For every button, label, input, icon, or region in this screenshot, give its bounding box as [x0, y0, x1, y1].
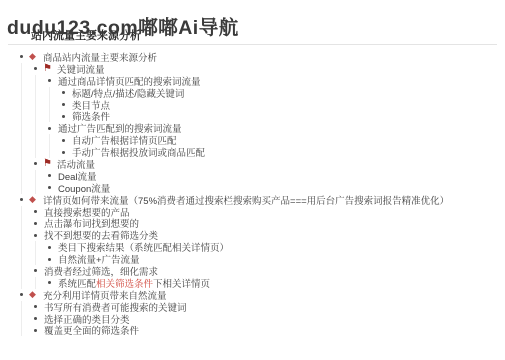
bullet-dot[interactable] [32, 158, 43, 170]
bullet-dot-shape [48, 281, 51, 284]
outline-children-group: 直接搜索想要的产品点击瀑布词找到想要的找不到想要的去看筛选分类类目下搜索结果（系… [21, 206, 505, 289]
bullet-dot[interactable] [32, 229, 43, 241]
bullet-dot-shape [62, 151, 65, 154]
bullet-dot-shape [34, 234, 37, 237]
outline-node: 消费者经过筛选，细化需求系统匹配相关筛选条件下相关详情页 [32, 265, 505, 289]
bullet-dot[interactable] [60, 134, 71, 146]
bullet-dot[interactable] [46, 122, 57, 134]
outline-children-group: 类目下搜索结果（系统匹配相关详情页）自然流量+广告流量 [35, 241, 505, 265]
bullet-dot[interactable] [18, 51, 29, 63]
outline-children-group: Deal流量Coupon流量 [35, 170, 505, 194]
bullet-dot-shape [34, 329, 37, 332]
outline-list: ◆商品站内流量主要来源分析⚑关键词流量通过商品详情页匹配的搜索词流量标题/特点/… [10, 51, 505, 336]
outline-children-group: ⚑关键词流量通过商品详情页匹配的搜索词流量标题/特点/描述/隐藏关键词类目节点筛… [21, 63, 505, 194]
bullet-dot-shape [34, 162, 37, 165]
bullet-dot[interactable] [32, 206, 43, 218]
outline-node: ◆充分利用详情页带来自然流量书写所有消费者可能搜索的关键词选择正确的类目分类覆盖… [18, 289, 505, 337]
outline-node: 标题/特点/描述/隐藏关键词 [60, 87, 505, 99]
bullet-dot-shape [48, 186, 51, 189]
outline-node: Deal流量 [46, 170, 505, 182]
bullet-dot-shape [34, 67, 37, 70]
outline-item-text: 覆盖更全面的筛选条件 [44, 323, 139, 337]
bullet-dot[interactable] [18, 289, 29, 301]
bullet-dot-shape [34, 269, 37, 272]
bullet-dot-shape [34, 210, 37, 213]
bullet-dot-shape [62, 103, 65, 106]
bullet-dot-shape [34, 305, 37, 308]
outline-children-group: 标题/特点/描述/隐藏关键词类目节点筛选条件 [49, 87, 505, 123]
flag-icon: ⚑ [43, 64, 56, 74]
title-divider [8, 44, 497, 45]
bullet-dot-shape [48, 246, 51, 249]
bullet-dot[interactable] [32, 301, 43, 313]
outline-item[interactable]: 标题/特点/描述/隐藏关键词 [60, 87, 505, 99]
outline-node: ⚑关键词流量通过商品详情页匹配的搜索词流量标题/特点/描述/隐藏关键词类目节点筛… [32, 63, 505, 158]
flag-icon: ⚑ [43, 159, 56, 169]
bullet-dot[interactable] [60, 99, 71, 111]
outline-node: 类目节点 [60, 99, 505, 111]
bullet-dot-shape [20, 55, 23, 58]
bullet-dot-shape [20, 293, 23, 296]
bullet-dot[interactable] [18, 194, 29, 206]
outline-children-group: 自动广告根据详情页匹配手动广告根据投放词或商品匹配 [49, 134, 505, 158]
outline-item[interactable]: 覆盖更全面的筛选条件 [32, 324, 505, 336]
outline-node: 手动广告根据投放词或商品匹配 [60, 146, 505, 158]
outline-item[interactable]: 类目节点 [60, 99, 505, 111]
outline-node: ◆详情页如何带来流量（75%消费者通过搜索栏搜索购买产品===用后台广告搜索词报… [18, 194, 505, 289]
bullet-dot-shape [48, 79, 51, 82]
outline-node: 通过商品详情页匹配的搜索词流量标题/特点/描述/隐藏关键词类目节点筛选条件 [46, 75, 505, 123]
outline-node: ⚑活动流量Deal流量Coupon流量 [32, 158, 505, 194]
diamond-icon: ◆ [29, 52, 42, 61]
bullet-dot[interactable] [46, 75, 57, 87]
outline-item[interactable]: ⚑活动流量 [32, 158, 505, 170]
bullet-dot-shape [48, 258, 51, 261]
bullet-dot-shape [34, 317, 37, 320]
bullet-dot-shape [62, 139, 65, 142]
bullet-dot-shape [48, 174, 51, 177]
bullet-dot[interactable] [32, 63, 43, 75]
diamond-icon: ◆ [29, 290, 42, 299]
outline-node: 通过广告匹配到的搜索词流量自动广告根据详情页匹配手动广告根据投放词或商品匹配 [46, 122, 505, 158]
outline-children-group: 书写所有消费者可能搜索的关键词选择正确的类目分类覆盖更全面的筛选条件 [21, 301, 505, 337]
outline-item[interactable]: Deal流量 [46, 170, 505, 182]
outline-node: 覆盖更全面的筛选条件 [32, 324, 505, 336]
bullet-dot[interactable] [32, 324, 43, 336]
document-page: 站内流量主要来源分析 dudu123.com嘟嘟Ai导航 ◆商品站内流量主要来源… [0, 0, 505, 360]
bullet-dot-shape [34, 222, 37, 225]
outline-node: 找不到想要的去看筛选分类类目下搜索结果（系统匹配相关详情页）自然流量+广告流量 [32, 229, 505, 265]
bullet-dot[interactable] [32, 313, 43, 325]
bullet-dot[interactable] [46, 241, 57, 253]
bullet-dot-shape [62, 91, 65, 94]
bullet-dot-shape [48, 127, 51, 130]
text-segment: 覆盖更全面的筛选条件 [44, 326, 139, 337]
watermark-text: dudu123.com嘟嘟Ai导航 [7, 12, 239, 40]
bullet-dot[interactable] [32, 265, 43, 277]
diamond-icon: ◆ [29, 195, 42, 204]
outline-item[interactable]: 手动广告根据投放词或商品匹配 [60, 146, 505, 158]
bullet-dot-shape [20, 198, 23, 201]
outline-children-group: 通过商品详情页匹配的搜索词流量标题/特点/描述/隐藏关键词类目节点筛选条件通过广… [35, 75, 505, 158]
bullet-dot[interactable] [60, 87, 71, 99]
bullet-dot[interactable] [46, 170, 57, 182]
outline-node: ◆商品站内流量主要来源分析⚑关键词流量通过商品详情页匹配的搜索词流量标题/特点/… [18, 51, 505, 194]
bullet-dot-shape [62, 115, 65, 118]
bullet-dot[interactable] [32, 217, 43, 229]
